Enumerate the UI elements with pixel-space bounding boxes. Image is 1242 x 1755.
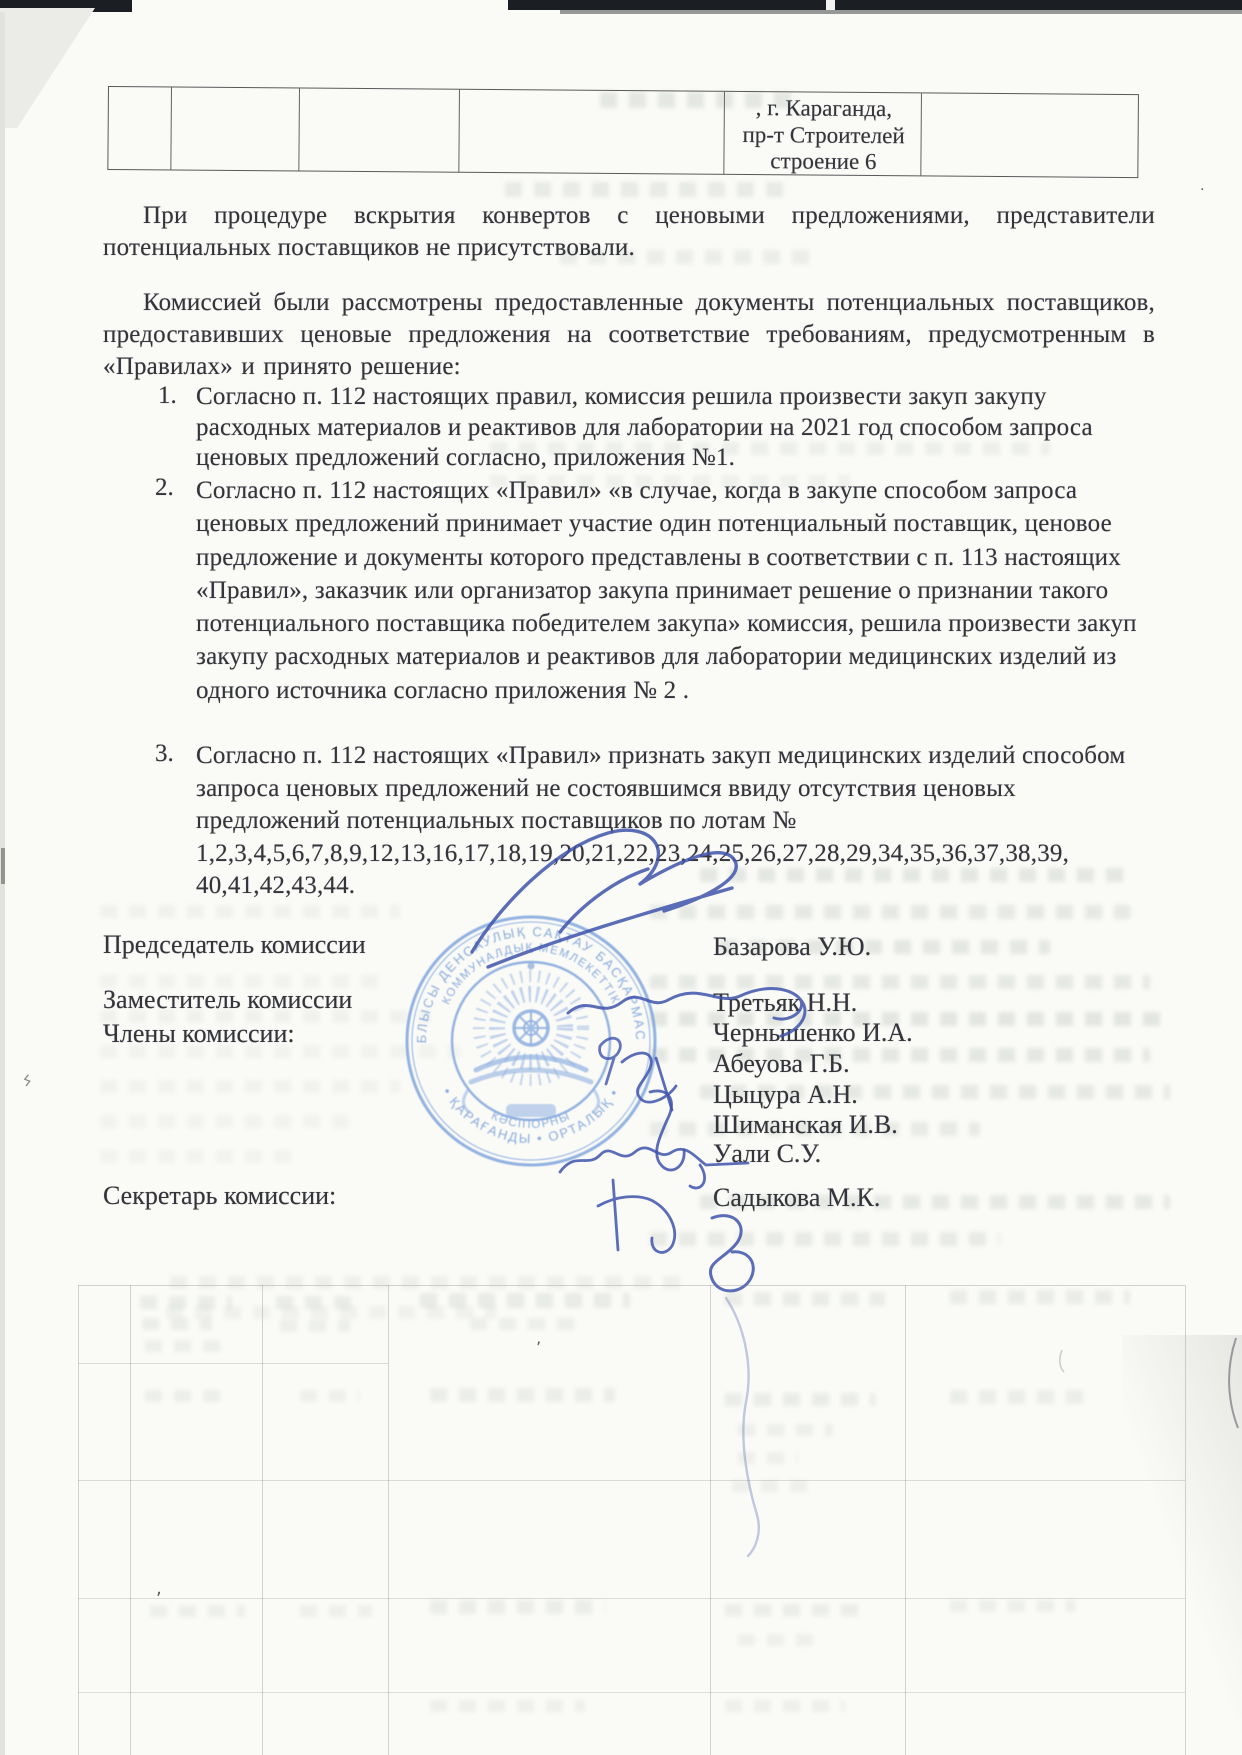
role-members: Члены комиссии: (103, 1019, 295, 1049)
address-line: пр-т Строителей (724, 121, 924, 149)
bleedthrough-line (600, 92, 800, 108)
signatory-name: Третьяк Н.Н. (713, 988, 857, 1018)
signature-sadykova (710, 1216, 753, 1291)
signature-chernyshenko (600, 1038, 621, 1084)
bleedthrough-line (505, 182, 795, 197)
stamp-ring-text: • ҚАРАҒАНДЫ • ОРТАЛЫҚ • (440, 1085, 623, 1146)
paper-speck: ’ (536, 1338, 541, 1357)
bleedthrough-line (100, 1150, 300, 1163)
header-table-column-line (298, 89, 300, 171)
svg-text:• ҚАРАҒАНДЫ • ОРТАЛЫҚ •: • ҚАРАҒАНДЫ • ОРТАЛЫҚ • (440, 1085, 623, 1146)
bleedthrough-line (170, 1276, 690, 1289)
signatory-name: Уали С.У. (713, 1139, 821, 1169)
paragraph-1: При процедуре вскрытия конвертов с ценов… (103, 200, 1155, 264)
role-deputy: Заместитель комиссии (103, 985, 352, 1015)
paper-speck: ϟ (19, 1071, 34, 1091)
official-stamp: ОБЛЫСЫ ДЕНСАУЛЫҚ САҚТАУ БАСҚАРМАСЫ • ҚАР… (398, 908, 664, 1174)
paragraph-2: Комиссией были рассмотрены предоставленн… (103, 287, 1155, 383)
paper-speck: · (1200, 182, 1204, 198)
list-number-3: 3. (155, 740, 174, 768)
signatory-name: Абеуова Г.Б. (713, 1049, 850, 1079)
header-table-column-line (170, 87, 172, 169)
bleedthrough-line (650, 905, 1130, 919)
scanner-band-slit (826, 0, 835, 10)
list-item-2: Согласно п. 112 настоящих «Правил» «в сл… (196, 474, 1156, 707)
stamp-ring-text: КОММУНАЛДЫҚ МЕМЛЕКЕТТІК (440, 942, 621, 1007)
bleedthrough-line (100, 1115, 360, 1128)
scanner-band-top-right (508, 0, 1242, 10)
stamp-ring-text: ОБЛЫСЫ ДЕНСАУЛЫҚ САҚТАУ БАСҚАРМАСЫ (398, 908, 648, 1043)
bleedthrough-line (700, 868, 1130, 882)
page-left-edge-smudge (1, 848, 5, 884)
scanned-document-page: , г. Караганда, пр-т Строителей строение… (0, 0, 1242, 1755)
list-number-1: 1. (158, 382, 177, 410)
list-item-1: Согласно п. 112 настоящих правил, комисс… (196, 382, 1148, 474)
state-emblem-icon (463, 963, 598, 1118)
bleedthrough-line (650, 975, 1150, 989)
bleedthrough-line (100, 1080, 400, 1093)
signatory-name: Цыцура А.Н. (713, 1080, 858, 1110)
stamp-ring-text: КӘСІПОРНЫ (489, 1110, 572, 1131)
address-line: строение 6 (723, 148, 923, 176)
role-secretary: Секретарь комиссии: (103, 1181, 336, 1211)
signatory-name: Чернышенко И.А. (713, 1018, 913, 1048)
signatory-name: Шиманская И.В. (713, 1110, 898, 1140)
svg-text:КОММУНАЛДЫҚ МЕМЛЕКЕТТІК: КОММУНАЛДЫҚ МЕМЛЕКЕТТІК (440, 942, 621, 1007)
scanner-band-shadow (560, 10, 1242, 14)
signatory-name: Базарова У.Ю. (713, 932, 871, 962)
bleedthrough-line (100, 905, 400, 918)
list-number-2: 2. (155, 474, 174, 502)
signatory-name: Садыкова М.К. (713, 1183, 880, 1213)
paper-speck: , (156, 1578, 162, 1599)
bleedthrough-line (650, 1232, 1000, 1246)
role-chairman: Председатель комиссии (103, 930, 366, 960)
header-table-column-line (458, 90, 460, 172)
svg-text:ОБЛЫСЫ ДЕНСАУЛЫҚ САҚТАУ БАСҚАР: ОБЛЫСЫ ДЕНСАУЛЫҚ САҚТАУ БАСҚАРМАСЫ (398, 908, 648, 1043)
svg-text:КӘСІПОРНЫ: КӘСІПОРНЫ (489, 1110, 572, 1131)
page-corner-fold (0, 8, 95, 128)
